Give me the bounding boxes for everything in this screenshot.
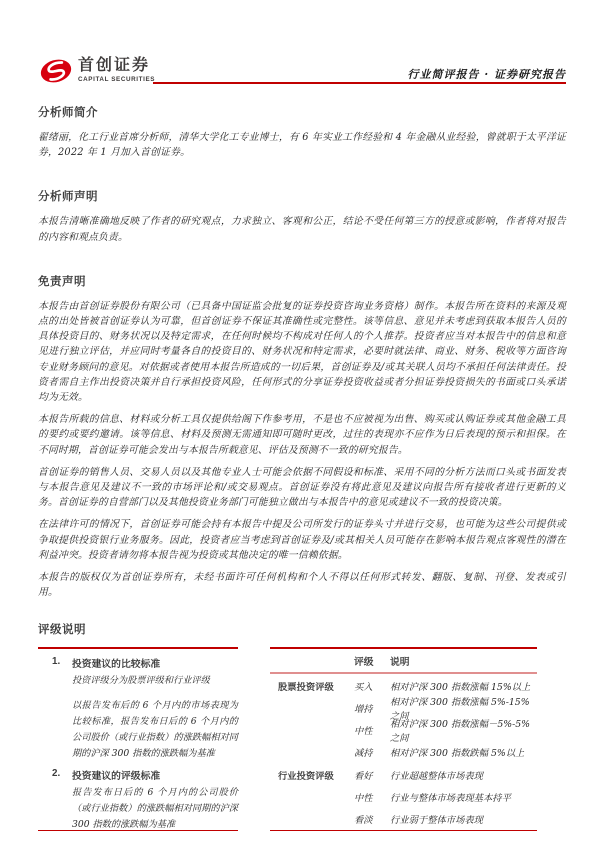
criterion-number: 2. [38,768,72,833]
disclaimer-paragraph: 本报告所载的信息、材料或分析工具仅提供给阁下作参考用，不是也不应被视为出售、购买… [38,412,566,458]
rating-value: 看好 [354,764,390,786]
analyst-statement-text: 本报告清晰准确地反映了作者的研究观点，力求独立、客观和公正，结论不受任何第三方的… [38,214,566,244]
section-title-rating: 评级说明 [38,621,566,637]
rating-table: 评级 说明 股票投资评级 买入 相对沪深 300 指数涨幅 15%以上 增持 相… [270,647,537,831]
company-logo: 首创证券 CAPITAL SECURITIES [38,56,155,86]
rating-table-body: 股票投资评级 买入 相对沪深 300 指数涨幅 15%以上 增持 相对沪深 30… [270,674,537,830]
criterion-body: 以报告发布后的 6 个月内的市场表现为比较标准，报告发布日后的 6 个月内的公司… [72,698,238,762]
rating-value: 看淡 [354,808,390,830]
logo-text: 首创证券 CAPITAL SECURITIES [78,58,155,83]
disclaimer-paragraph: 在法律许可的情况下，首创证券可能会持有本报告中提及公司所发行的证券头寸并进行交易… [38,517,566,563]
industry-rating-category: 行业投资评级 [278,764,354,786]
report-page: 首创证券 CAPITAL SECURITIES 行业简评报告 · 证券研究报告 … [0,0,596,842]
report-type-label: 行业简评报告 · 证券研究报告 [408,66,567,82]
rating-table-header: 评级 说明 [270,649,537,672]
rating-section: 1. 投资建议的比较标准 投资评级分为股票评级和行业评级 以报告发布后的 6 个… [38,647,537,842]
criterion-body: 报告发布日后的 6 个月内的公司股价（或行业指数）的涨跌幅相对同期的沪深 300… [72,785,238,833]
rating-description: 相对沪深 300 指数涨幅－5%-5%之间 [390,720,537,742]
criterion-heading: 投资建议的评级标准 [72,768,238,782]
disclaimer-paragraph: 首创证券的销售人员、交易人员以及其他专业人士可能会依据不同假设和标准、采用不同的… [38,465,566,511]
analyst-intro-text: 翟绪丽，化工行业首席分析师，清华大学化工专业博士，有 6 年实业工作经验和 4 … [38,130,566,160]
criterion-heading: 投资建议的比较标准 [72,656,238,670]
criterion-number: 1. [38,656,72,762]
rating-value: 买入 [354,675,390,697]
rating-col-header: 评级 [354,654,390,668]
rating-value: 减持 [354,742,390,764]
page-content: 分析师简介 翟绪丽，化工行业首席分析师，清华大学化工专业博士，有 6 年实业工作… [38,104,566,842]
desc-col-header: 说明 [390,654,537,668]
rating-value: 中性 [354,720,390,742]
rating-description: 相对沪深 300 指数跌幅 5%以上 [390,742,537,764]
disclaimer-paragraph: 本报告的版权仅为首创证券所有，未经书面许可任何机构和个人不得以任何形式转发、翻版… [38,570,566,600]
rating-description: 行业弱于整体市场表现 [390,808,537,830]
section-title-disclaimer: 免责声明 [38,273,566,289]
logo-name-cn: 首创证券 [78,58,155,74]
disclaimer-paragraph: 本报告由首创证券股份有限公司（已具备中国证监会批复的证券投资咨询业务资格）制作。… [38,299,566,405]
rating-criteria-panel: 1. 投资建议的比较标准 投资评级分为股票评级和行业评级 以报告发布后的 6 个… [38,647,238,831]
section-title-analyst-statement: 分析师声明 [38,188,566,204]
rating-value: 中性 [354,786,390,808]
header-divider-line [153,82,566,84]
rating-value: 增持 [354,697,390,719]
rating-description: 行业超越整体市场表现 [390,764,537,786]
stock-rating-category: 股票投资评级 [278,675,354,697]
criterion-intro: 投资评级分为股票评级和行业评级 [72,673,238,689]
rating-criterion: 2. 投资建议的评级标准 报告发布日后的 6 个月内的公司股价（或行业指数）的涨… [38,768,238,833]
rating-description: 行业与整体市场表现基本持平 [390,786,537,808]
section-title-analyst-intro: 分析师简介 [38,104,566,120]
page-header: 首创证券 CAPITAL SECURITIES 行业简评报告 · 证券研究报告 [38,56,566,96]
capital-securities-logo-icon [38,56,74,86]
rating-criterion: 1. 投资建议的比较标准 投资评级分为股票评级和行业评级 以报告发布后的 6 个… [38,656,238,762]
logo-name-en: CAPITAL SECURITIES [78,77,155,83]
